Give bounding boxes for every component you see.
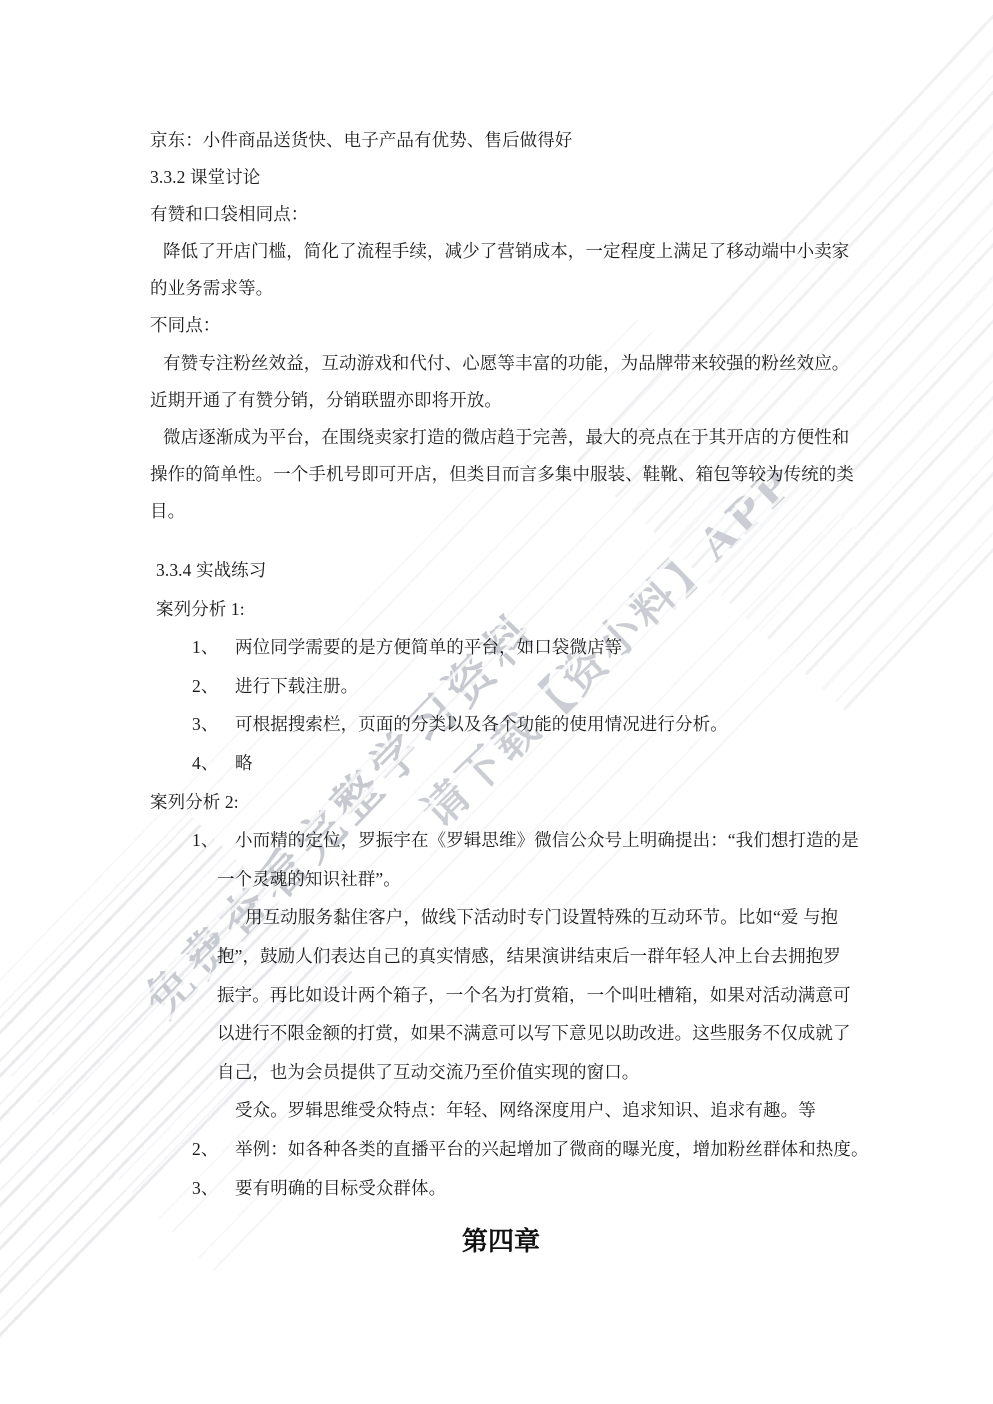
- text-line: 以进行不限金额的打赏，如果不满意可以写下意见以助改进。这些服务不仅成就了: [150, 1014, 852, 1053]
- text-line: 案列分析 2:: [150, 783, 852, 822]
- text-line: 京东：小件商品送货快、电子产品有优势、售后做得好: [150, 122, 852, 159]
- list-text: 略: [235, 753, 253, 773]
- text-line: 有赞和口袋相同点：: [150, 196, 852, 233]
- text-line: 操作的简单性。一个手机号即可开店，但类目而言多集中服装、鞋靴、箱包等较为传统的类: [150, 456, 852, 493]
- text-line: 2、举例：如各种各类的直播平台的兴起增加了微商的曝光度，增加粉丝群体和热度。: [150, 1130, 852, 1169]
- document-page: 免费查看完整学习资料 请下载【资小料】APP 京东：小件商品送货快、电子产品有优…: [0, 0, 993, 1404]
- chapter-heading: 第四章: [150, 1219, 852, 1265]
- text-line: 微店逐渐成为平台，在围绕卖家打造的微店趋于完善，最大的亮点在于其开店的方便性和: [150, 419, 852, 456]
- list-number: 2、: [192, 667, 235, 706]
- text-line: 目。: [150, 493, 852, 530]
- list-number: 1、: [192, 821, 235, 860]
- list-number: 1、: [192, 628, 235, 667]
- list-number: 4、: [192, 744, 235, 783]
- text-line: 振宇。再比如设计两个箱子，一个名为打赏箱，一个叫吐槽箱，如果对活动满意可: [150, 976, 852, 1015]
- list-number: 3、: [192, 1169, 235, 1208]
- text-line: 案列分析 1:: [150, 590, 852, 629]
- list-text: 两位同学需要的是方便简单的平台，如口袋微店等: [235, 637, 622, 657]
- text-line: 有赞专注粉丝效益，互动游戏和代付、心愿等丰富的功能，为品牌带来较强的粉丝效应。: [150, 345, 852, 382]
- text-line: 降低了开店门槛，简化了流程手续，减少了营销成本，一定程度上满足了移动端中小卖家: [150, 233, 852, 270]
- list-text: 可根据搜索栏，页面的分类以及各个功能的使用情况进行分析。: [235, 714, 728, 734]
- text-line: 一个灵魂的知识社群”。: [150, 860, 852, 899]
- lines-container: 京东：小件商品送货快、电子产品有优势、售后做得好3.3.2 课堂讨论有赞和口袋相…: [150, 122, 852, 1207]
- list-number: 3、: [192, 705, 235, 744]
- text-line: 2、进行下载注册。: [150, 667, 852, 706]
- list-text: 要有明确的目标受众群体。: [235, 1178, 446, 1198]
- text-line: 不同点：: [150, 307, 852, 344]
- text-line: 3.3.4 实战练习: [150, 551, 852, 590]
- text-line: 4、略: [150, 744, 852, 783]
- text-line: 的业务需求等。: [150, 270, 852, 307]
- list-text: 小而精的定位，罗振宇在《罗辑思维》微信公众号上明确提出：“我们想打造的是: [235, 830, 859, 850]
- list-number: 2、: [192, 1130, 235, 1169]
- text-line: 1、小而精的定位，罗振宇在《罗辑思维》微信公众号上明确提出：“我们想打造的是: [150, 821, 852, 860]
- list-text: 进行下载注册。: [235, 676, 358, 696]
- text-line: 3.3.2 课堂讨论: [150, 159, 852, 196]
- list-text: 举例：如各种各类的直播平台的兴起增加了微商的曝光度，增加粉丝群体和热度。: [235, 1139, 869, 1159]
- document-body: 京东：小件商品送货快、电子产品有优势、售后做得好3.3.2 课堂讨论有赞和口袋相…: [150, 122, 852, 1265]
- text-line: 1、两位同学需要的是方便简单的平台，如口袋微店等: [150, 628, 852, 667]
- text-line: 用互动服务黏住客户，做线下活动时专门设置特殊的互动环节。比如“爱 与抱: [150, 898, 852, 937]
- text-line: 近期开通了有赞分销，分销联盟亦即将开放。: [150, 382, 852, 419]
- text-line: 3、可根据搜索栏，页面的分类以及各个功能的使用情况进行分析。: [150, 705, 852, 744]
- text-line: 抱”，鼓励人们表达自己的真实情感，结果演讲结束后一群年轻人冲上台去拥抱罗: [150, 937, 852, 976]
- text-line: 3、要有明确的目标受众群体。: [150, 1169, 852, 1208]
- text-line: 自己，也为会员提供了互动交流乃至价值实现的窗口。: [150, 1053, 852, 1092]
- text-line: 受众。罗辑思维受众特点：年轻、网络深度用户、追求知识、追求有趣。等: [150, 1091, 852, 1130]
